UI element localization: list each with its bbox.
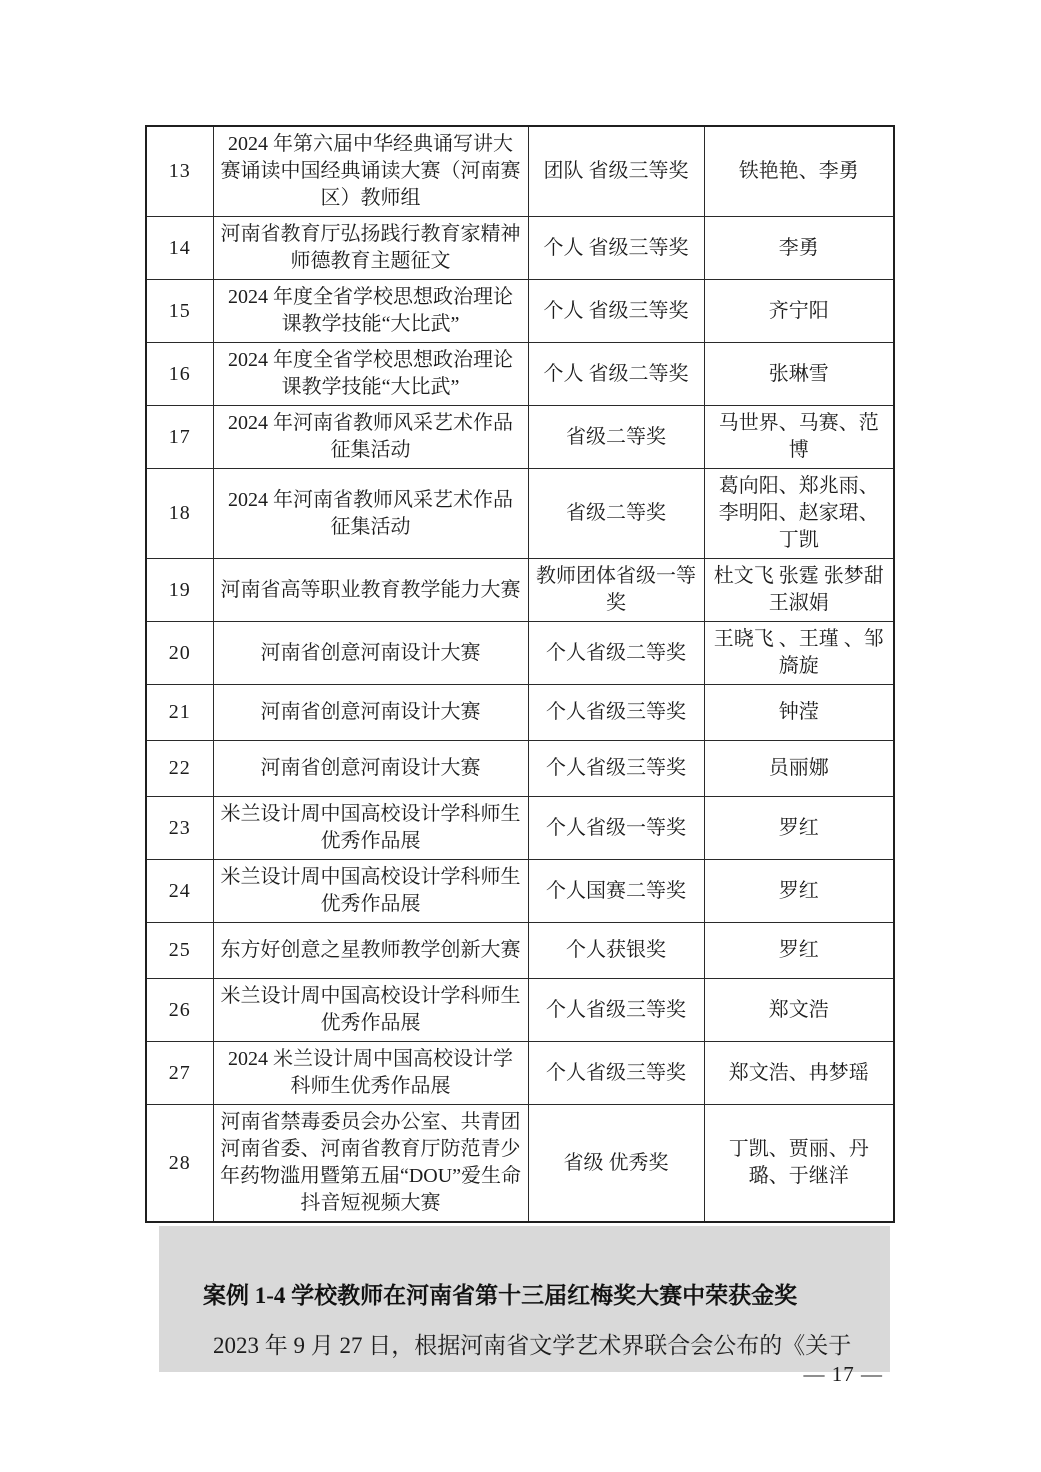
- competition-name-cell: 2024 年河南省教师风采艺术作品征集活动: [213, 469, 528, 559]
- competition-name-cell: 米兰设计周中国高校设计学科师生优秀作品展: [213, 979, 528, 1042]
- awardees-cell: 张琳雪: [704, 343, 894, 406]
- row-index-cell: 13: [146, 126, 213, 217]
- award-level-cell: 个人国赛二等奖: [528, 860, 704, 923]
- row-index-cell: 21: [146, 685, 213, 741]
- award-level-cell: 个人省级三等奖: [528, 979, 704, 1042]
- award-level-cell: 省级 优秀奖: [528, 1105, 704, 1223]
- table-row: 15 2024 年度全省学校思想政治理论课教学技能“大比武” 个人 省级三等奖 …: [146, 280, 894, 343]
- competition-name-cell: 2024 米兰设计周中国高校设计学科师生优秀作品展: [213, 1042, 528, 1105]
- table-row: 21 河南省创意河南设计大赛 个人省级三等奖 钟滢: [146, 685, 894, 741]
- table-row: 25 东方好创意之星教师教学创新大赛 个人获银奖 罗红: [146, 923, 894, 979]
- row-index-cell: 23: [146, 797, 213, 860]
- row-index-cell: 28: [146, 1105, 213, 1223]
- row-index-cell: 16: [146, 343, 213, 406]
- award-level-cell: 个人 省级三等奖: [528, 280, 704, 343]
- award-level-cell: 个人 省级二等奖: [528, 343, 704, 406]
- awardees-cell: 员丽娜: [704, 741, 894, 797]
- highlight-section: 案例 1-4 学校教师在河南省第十三届红梅奖大赛中荣获金奖 2023 年 9 月…: [159, 1226, 890, 1372]
- award-level-cell: 团队 省级三等奖: [528, 126, 704, 217]
- awardees-cell: 马世界、马赛、范博: [704, 406, 894, 469]
- case-paragraph: 2023 年 9 月 27 日，根据河南省文学艺术界联合会公布的《关于: [213, 1332, 864, 1360]
- case-heading: 案例 1-4 学校教师在河南省第十三届红梅奖大赛中荣获金奖: [203, 1282, 864, 1310]
- competition-name-cell: 米兰设计周中国高校设计学科师生优秀作品展: [213, 797, 528, 860]
- competition-name-cell: 2024 年河南省教师风采艺术作品征集活动: [213, 406, 528, 469]
- awardees-cell: 李勇: [704, 217, 894, 280]
- award-level-cell: 个人获银奖: [528, 923, 704, 979]
- competition-name-cell: 河南省创意河南设计大赛: [213, 685, 528, 741]
- competition-name-cell: 2024 年度全省学校思想政治理论课教学技能“大比武”: [213, 280, 528, 343]
- awards-table-body: 13 2024 年第六届中华经典诵写讲大赛诵读中国经典诵读大赛（河南赛区）教师组…: [146, 126, 894, 1222]
- competition-name-cell: 东方好创意之星教师教学创新大赛: [213, 923, 528, 979]
- competition-name-cell: 河南省高等职业教育教学能力大赛: [213, 559, 528, 622]
- awardees-cell: 罗红: [704, 923, 894, 979]
- awardees-cell: 郑文浩、冉梦瑶: [704, 1042, 894, 1105]
- page-content: 13 2024 年第六届中华经典诵写讲大赛诵读中国经典诵读大赛（河南赛区）教师组…: [145, 125, 905, 1372]
- awardees-cell: 钟滢: [704, 685, 894, 741]
- row-index-cell: 20: [146, 622, 213, 685]
- row-index-cell: 27: [146, 1042, 213, 1105]
- award-level-cell: 教师团体省级一等奖: [528, 559, 704, 622]
- table-row: 20 河南省创意河南设计大赛 个人省级二等奖 王晓飞 、王瑾 、邹旖旋: [146, 622, 894, 685]
- table-row: 13 2024 年第六届中华经典诵写讲大赛诵读中国经典诵读大赛（河南赛区）教师组…: [146, 126, 894, 217]
- awardees-cell: 杜文飞 张霆 张梦甜 王淑娟: [704, 559, 894, 622]
- table-row: 26 米兰设计周中国高校设计学科师生优秀作品展 个人省级三等奖 郑文浩: [146, 979, 894, 1042]
- award-level-cell: 个人省级三等奖: [528, 685, 704, 741]
- row-index-cell: 15: [146, 280, 213, 343]
- competition-name-cell: 2024 年度全省学校思想政治理论课教学技能“大比武”: [213, 343, 528, 406]
- page-number: — 17 —: [804, 1362, 884, 1387]
- document-page: 13 2024 年第六届中华经典诵写讲大赛诵读中国经典诵读大赛（河南赛区）教师组…: [0, 0, 1041, 1472]
- awardees-cell: 丁凯、贾丽、丹璐、于继洋: [704, 1105, 894, 1223]
- competition-name-cell: 2024 年第六届中华经典诵写讲大赛诵读中国经典诵读大赛（河南赛区）教师组: [213, 126, 528, 217]
- awards-table: 13 2024 年第六届中华经典诵写讲大赛诵读中国经典诵读大赛（河南赛区）教师组…: [145, 125, 895, 1223]
- table-row: 19 河南省高等职业教育教学能力大赛 教师团体省级一等奖 杜文飞 张霆 张梦甜 …: [146, 559, 894, 622]
- row-index-cell: 26: [146, 979, 213, 1042]
- row-index-cell: 19: [146, 559, 213, 622]
- awardees-cell: 罗红: [704, 860, 894, 923]
- competition-name-cell: 米兰设计周中国高校设计学科师生优秀作品展: [213, 860, 528, 923]
- table-row: 18 2024 年河南省教师风采艺术作品征集活动 省级二等奖 葛向阳、郑兆雨、李…: [146, 469, 894, 559]
- award-level-cell: 个人省级三等奖: [528, 741, 704, 797]
- award-level-cell: 省级二等奖: [528, 406, 704, 469]
- awardees-cell: 王晓飞 、王瑾 、邹旖旋: [704, 622, 894, 685]
- award-level-cell: 个人 省级三等奖: [528, 217, 704, 280]
- awardees-cell: 葛向阳、郑兆雨、李明阳、赵家珺、丁凯: [704, 469, 894, 559]
- row-index-cell: 14: [146, 217, 213, 280]
- award-level-cell: 个人省级一等奖: [528, 797, 704, 860]
- table-row: 16 2024 年度全省学校思想政治理论课教学技能“大比武” 个人 省级二等奖 …: [146, 343, 894, 406]
- table-row: 17 2024 年河南省教师风采艺术作品征集活动 省级二等奖 马世界、马赛、范博: [146, 406, 894, 469]
- row-index-cell: 25: [146, 923, 213, 979]
- row-index-cell: 24: [146, 860, 213, 923]
- awardees-cell: 铁艳艳、李勇: [704, 126, 894, 217]
- competition-name-cell: 河南省禁毒委员会办公室、共青团河南省委、河南省教育厅防范青少年药物滥用暨第五届“…: [213, 1105, 528, 1223]
- row-index-cell: 17: [146, 406, 213, 469]
- competition-name-cell: 河南省教育厅弘扬践行教育家精神师德教育主题征文: [213, 217, 528, 280]
- competition-name-cell: 河南省创意河南设计大赛: [213, 741, 528, 797]
- table-row: 23 米兰设计周中国高校设计学科师生优秀作品展 个人省级一等奖 罗红: [146, 797, 894, 860]
- table-row: 14 河南省教育厅弘扬践行教育家精神师德教育主题征文 个人 省级三等奖 李勇: [146, 217, 894, 280]
- table-row: 27 2024 米兰设计周中国高校设计学科师生优秀作品展 个人省级三等奖 郑文浩…: [146, 1042, 894, 1105]
- award-level-cell: 省级二等奖: [528, 469, 704, 559]
- table-row: 24 米兰设计周中国高校设计学科师生优秀作品展 个人国赛二等奖 罗红: [146, 860, 894, 923]
- awardees-cell: 郑文浩: [704, 979, 894, 1042]
- row-index-cell: 22: [146, 741, 213, 797]
- award-level-cell: 个人省级二等奖: [528, 622, 704, 685]
- awardees-cell: 罗红: [704, 797, 894, 860]
- table-row: 22 河南省创意河南设计大赛 个人省级三等奖 员丽娜: [146, 741, 894, 797]
- row-index-cell: 18: [146, 469, 213, 559]
- awardees-cell: 齐宁阳: [704, 280, 894, 343]
- table-row: 28 河南省禁毒委员会办公室、共青团河南省委、河南省教育厅防范青少年药物滥用暨第…: [146, 1105, 894, 1223]
- award-level-cell: 个人省级三等奖: [528, 1042, 704, 1105]
- competition-name-cell: 河南省创意河南设计大赛: [213, 622, 528, 685]
